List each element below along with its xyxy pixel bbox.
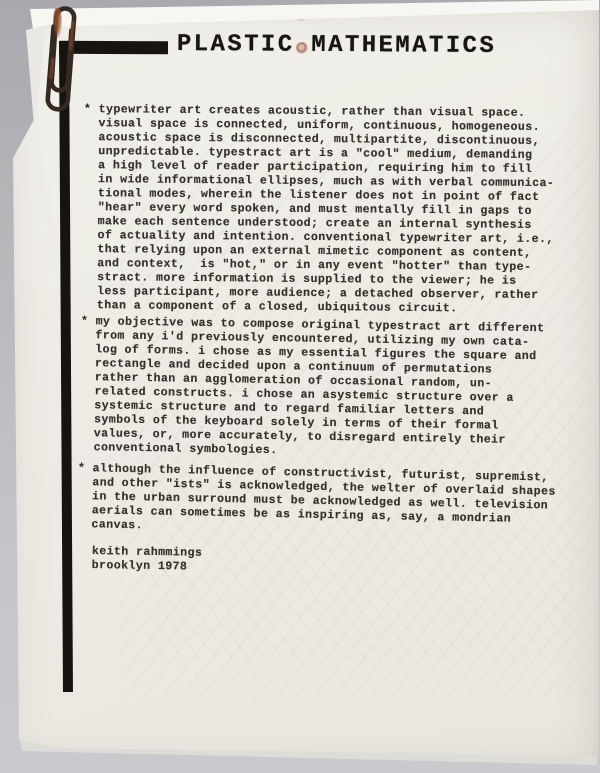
photo-background: PLASTIC MATHEMATICS * typewriter art cre… (0, 0, 600, 773)
paperclip-icon (30, 0, 94, 123)
paragraph-influences: * although the influence of constructivi… (77, 462, 557, 542)
signature: keith rahmmings brooklyn 1978 (92, 545, 203, 575)
paper-sheet: PLASTIC MATHEMATICS * typewriter art cre… (0, 0, 600, 773)
corner-rule-vertical (59, 41, 73, 692)
paragraph-typewriter-art: * typewriter art creates acoustic, rathe… (82, 103, 555, 317)
paragraph-objective: * my objective was to compose original t… (79, 315, 545, 462)
page-title: PLASTIC MATHEMATICS (177, 31, 496, 60)
